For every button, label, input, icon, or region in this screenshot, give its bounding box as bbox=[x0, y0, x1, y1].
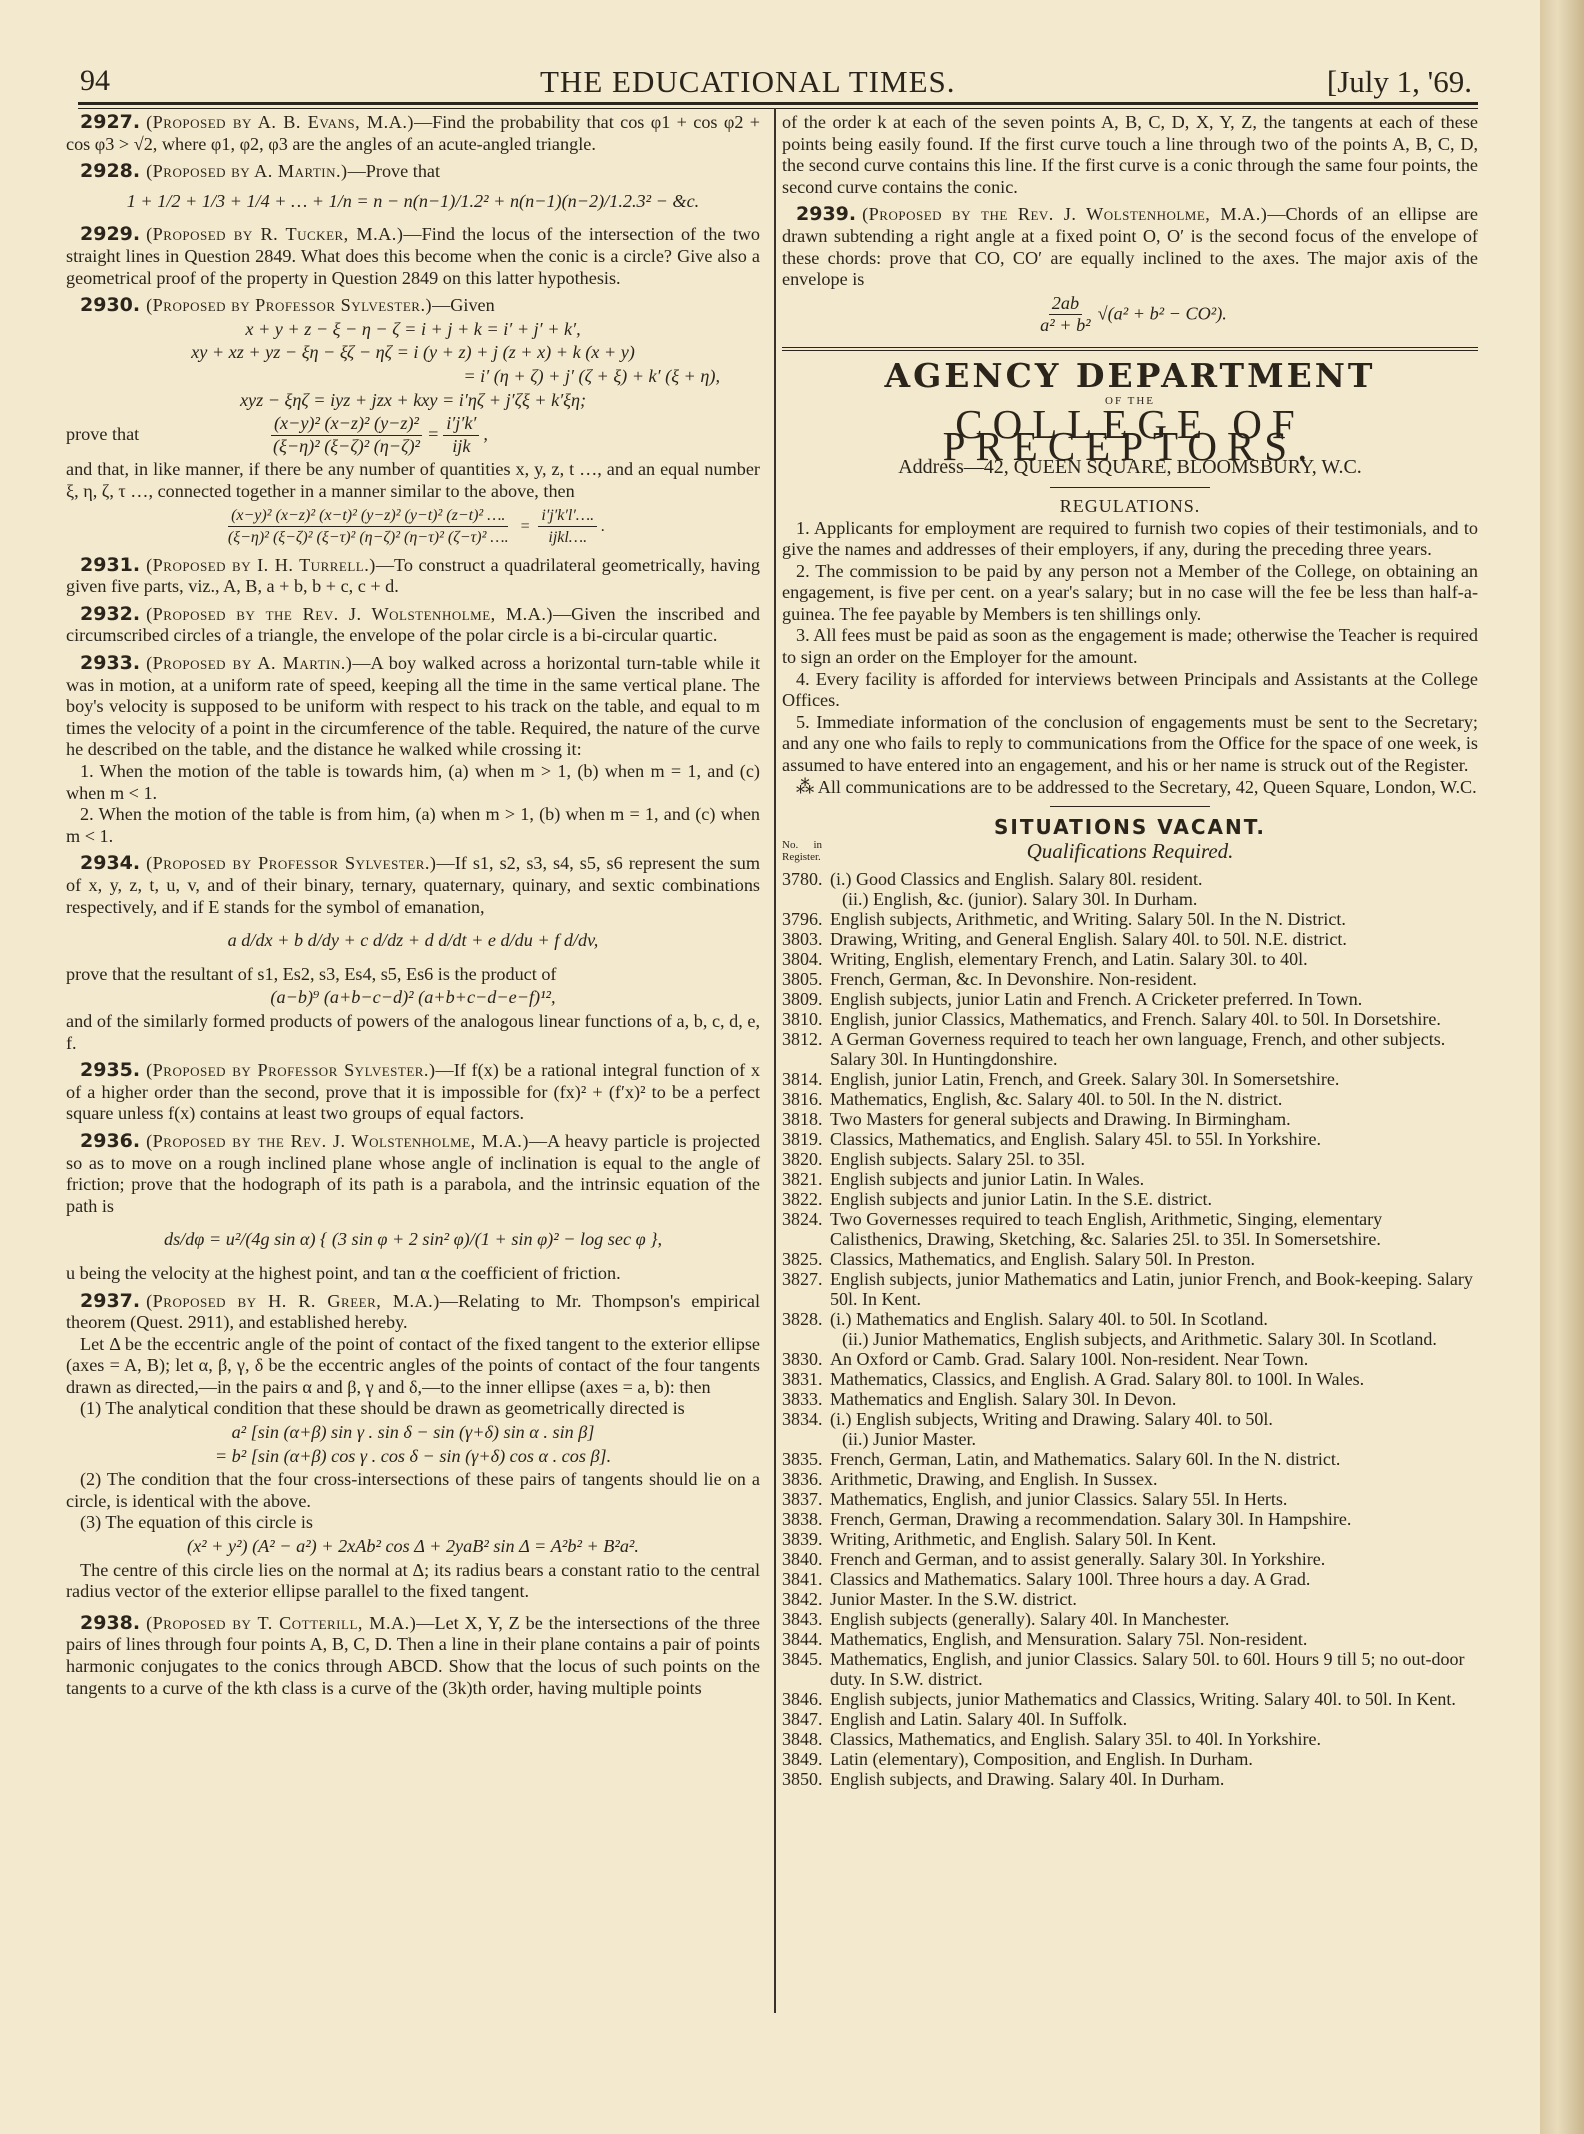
situation-text: Classics, Mathematics, and English. Sala… bbox=[830, 1249, 1478, 1269]
case-item: 2. When the motion of the table is from … bbox=[66, 804, 760, 847]
situation-text: Mathematics, Classics, and English. A Gr… bbox=[830, 1369, 1478, 1389]
situation-listing: 3819.Classics, Mathematics, and English.… bbox=[782, 1129, 1478, 1149]
question-text: and of the similarly formed products of … bbox=[66, 1011, 760, 1054]
situation-text: French and German, and to assist general… bbox=[830, 1549, 1478, 1569]
register-number: 3842. bbox=[782, 1589, 830, 1609]
situation-listing: 3812.A German Governess required to teac… bbox=[782, 1029, 1478, 1069]
register-number: 3831. bbox=[782, 1369, 830, 1389]
situation-text: (i.) English subjects, Writing and Drawi… bbox=[830, 1409, 1478, 1449]
question-2929: 2929.(Proposed by R. Tucker, M.A.)—Find … bbox=[66, 224, 760, 289]
situation-listing: 3825.Classics, Mathematics, and English.… bbox=[782, 1249, 1478, 1269]
question-proposer: (Proposed by R. Tucker, M.A.) bbox=[146, 224, 403, 244]
situation-text: Arithmetic, Drawing, and English. In Sus… bbox=[830, 1469, 1478, 1489]
register-number: 3814. bbox=[782, 1069, 830, 1089]
situation-listing: 3844.Mathematics, English, and Mensurati… bbox=[782, 1629, 1478, 1649]
question-text: and that, in like manner, if there be an… bbox=[66, 459, 760, 502]
situation-text: (i.) Good Classics and English. Salary 8… bbox=[830, 869, 1478, 909]
question-proposer: (Proposed by H. R. Greer, M.A.) bbox=[146, 1291, 440, 1311]
question-number: 2932. bbox=[80, 603, 140, 625]
regulation-item: 1. Applicants for employment are require… bbox=[782, 518, 1478, 561]
regulation-item: 5. Immediate information of the conclusi… bbox=[782, 712, 1478, 777]
register-number: 3816. bbox=[782, 1089, 830, 1109]
equation: xy + xz + yz − ξη − ξζ − ηζ = i (y + z) … bbox=[66, 342, 760, 364]
equation: xyz − ξηζ = iyz + jzx + kxy = i′ηζ + j′ζ… bbox=[66, 390, 760, 412]
register-number: 3809. bbox=[782, 989, 830, 1009]
question-proposer: (Proposed by A. B. Evans, M.A.) bbox=[146, 112, 414, 132]
page-edge bbox=[1540, 0, 1584, 2134]
situation-listing: 3841.Classics and Mathematics. Salary 10… bbox=[782, 1569, 1478, 1589]
equation: a d/dx + b d/dy + c d/dz + d d/dt + e d/… bbox=[66, 920, 760, 962]
situation-listing: 3846.English subjects, junior Mathematic… bbox=[782, 1689, 1478, 1709]
question-number: 2937. bbox=[80, 1290, 140, 1312]
register-number: 3849. bbox=[782, 1749, 830, 1769]
situation-text: Two Masters for general subjects and Dra… bbox=[830, 1109, 1478, 1129]
register-number: 3810. bbox=[782, 1009, 830, 1029]
question-2932: 2932.(Proposed by the Rev. J. Wolstenhol… bbox=[66, 604, 760, 647]
situation-text: French, German, Drawing a recommendation… bbox=[830, 1509, 1478, 1529]
question-proposer: (Proposed by the Rev. J. Wolstenholme, M… bbox=[146, 1131, 529, 1151]
divider bbox=[1050, 806, 1210, 807]
regulations-title: REGULATIONS. bbox=[782, 496, 1478, 518]
question-number: 2928. bbox=[80, 160, 140, 182]
prove-equation: prove that (x−y)² (x−z)² (y−z)²(ξ−η)² (ξ… bbox=[66, 413, 760, 457]
question-number: 2934. bbox=[80, 852, 140, 874]
question-2928: 2928.(Proposed by A. Martin.)—Prove that… bbox=[66, 161, 760, 218]
question-2935: 2935.(Proposed by Professor Sylvester.)—… bbox=[66, 1060, 760, 1125]
equation: = b² [sin (α+β) cos γ . cos δ − sin (γ+δ… bbox=[66, 1446, 760, 1468]
situation-subitem: (ii.) Junior Master. bbox=[830, 1429, 1478, 1449]
question-proposer: (Proposed by A. Martin.) bbox=[146, 653, 352, 673]
fraction: i′j′k′l′….ijkl…. bbox=[538, 505, 597, 549]
situation-text: Classics, Mathematics, and English. Sala… bbox=[830, 1129, 1478, 1149]
register-number: 3821. bbox=[782, 1169, 830, 1189]
situation-listing: 3849.Latin (elementary), Composition, an… bbox=[782, 1749, 1478, 1769]
register-number: 3835. bbox=[782, 1449, 830, 1469]
situation-text: English subjects and junior Latin. In Wa… bbox=[830, 1169, 1478, 1189]
situation-listing: 3814.English, junior Latin, French, and … bbox=[782, 1069, 1478, 1089]
regulation-item: 2. The commission to be paid by any pers… bbox=[782, 561, 1478, 626]
situation-listing: 3809.English subjects, junior Latin and … bbox=[782, 989, 1478, 1009]
question-number: 2930. bbox=[80, 294, 140, 316]
register-number: 3834. bbox=[782, 1409, 830, 1449]
question-number: 2935. bbox=[80, 1059, 140, 1081]
question-proposer: (Proposed by Professor Sylvester.) bbox=[146, 853, 436, 873]
fraction: 2aba² + b² bbox=[1037, 293, 1093, 337]
question-text: prove that the resultant of s1, Es2, s3,… bbox=[66, 964, 760, 986]
situation-listing: 3834.(i.) English subjects, Writing and … bbox=[782, 1409, 1478, 1449]
situation-listing: 3816.Mathematics, English, &c. Salary 40… bbox=[782, 1089, 1478, 1109]
situation-listing: 3840.French and German, and to assist ge… bbox=[782, 1549, 1478, 1569]
question-proposer: (Proposed by Professor Sylvester.) bbox=[146, 295, 432, 315]
register-number: 3805. bbox=[782, 969, 830, 989]
situation-listing: 3845.Mathematics, English, and junior Cl… bbox=[782, 1649, 1478, 1689]
register-number: 3833. bbox=[782, 1389, 830, 1409]
situation-text: English subjects and junior Latin. In th… bbox=[830, 1189, 1478, 1209]
question-number: 2933. bbox=[80, 652, 140, 674]
register-number: 3818. bbox=[782, 1109, 830, 1129]
situation-text: English subjects, junior Mathematics and… bbox=[830, 1269, 1478, 1309]
equation: ds/dφ = u²/(4g sin α) { (3 sin φ + 2 sin… bbox=[66, 1219, 760, 1261]
situation-text: Classics, Mathematics, and English. Sala… bbox=[830, 1729, 1478, 1749]
situation-text: English subjects, and Drawing. Salary 40… bbox=[830, 1769, 1478, 1789]
register-number: 3837. bbox=[782, 1489, 830, 1509]
question-text: —Prove that bbox=[348, 161, 440, 181]
regulation-item: 4. Every facility is afforded for interv… bbox=[782, 669, 1478, 712]
situation-listing: 3843.English subjects (generally). Salar… bbox=[782, 1609, 1478, 1629]
situation-listing: 3831.Mathematics, Classics, and English.… bbox=[782, 1369, 1478, 1389]
situation-listing: 3828.(i.) Mathematics and English. Salar… bbox=[782, 1309, 1478, 1349]
situation-listing: 3827.English subjects, junior Mathematic… bbox=[782, 1269, 1478, 1309]
situation-text: Drawing, Writing, and General English. S… bbox=[830, 929, 1478, 949]
situation-listing: 3780.(i.) Good Classics and English. Sal… bbox=[782, 869, 1478, 909]
question-proposer: (Proposed by Professor Sylvester.) bbox=[146, 1060, 435, 1080]
situation-text: Writing, English, elementary French, and… bbox=[830, 949, 1478, 969]
register-number: 3824. bbox=[782, 1209, 830, 1249]
question-number: 2938. bbox=[80, 1612, 140, 1634]
register-number: 3846. bbox=[782, 1689, 830, 1709]
equation: (a−b)⁹ (a+b−c−d)² (a+b+c−d−e−f)¹², bbox=[66, 987, 760, 1009]
equation: 2aba² + b²√(a² + b² − CO²). bbox=[782, 293, 1478, 337]
situation-listing: 3805.French, German, &c. In Devonshire. … bbox=[782, 969, 1478, 989]
issue-date: [July 1, '69. bbox=[1327, 64, 1472, 100]
college-name: COLLEGE OF PRECEPTORS. bbox=[782, 414, 1478, 457]
situation-text: English, junior Latin, French, and Greek… bbox=[830, 1069, 1478, 1089]
question-paragraph: Let Δ be the eccentric angle of the poin… bbox=[66, 1334, 760, 1399]
situations-vacant-section: SITUATIONS VACANT. No. in Register. Qual… bbox=[782, 817, 1478, 1789]
regulation-item: 3. All fees must be paid as soon as the … bbox=[782, 625, 1478, 668]
college-address: Address—42, QUEEN SQUARE, BLOOMSBURY, W.… bbox=[782, 457, 1478, 479]
case-item: 1. When the motion of the table is towar… bbox=[66, 761, 760, 804]
situation-text: French, German, &c. In Devonshire. Non-r… bbox=[830, 969, 1478, 989]
header-rule bbox=[78, 102, 1478, 109]
situation-text: Mathematics, English, and Mensuration. S… bbox=[830, 1629, 1478, 1649]
register-number: 3825. bbox=[782, 1249, 830, 1269]
situation-listing: 3810.English, junior Classics, Mathemati… bbox=[782, 1009, 1478, 1029]
register-number: 3812. bbox=[782, 1029, 830, 1069]
situation-listing: 3830.An Oxford or Camb. Grad. Salary 100… bbox=[782, 1349, 1478, 1369]
situation-text: A German Governess required to teach her… bbox=[830, 1029, 1478, 1069]
register-number: 3804. bbox=[782, 949, 830, 969]
situation-text: French, German, Latin, and Mathematics. … bbox=[830, 1449, 1478, 1469]
question-number: 2939. bbox=[796, 203, 856, 225]
qualifications-label: Qualifications Required. bbox=[782, 841, 1478, 863]
equation: = i′ (η + ζ) + j′ (ζ + ξ) + k′ (ξ + η), bbox=[66, 366, 760, 388]
situation-text: Mathematics, English, and junior Classic… bbox=[830, 1649, 1478, 1689]
question-2938-continued: of the order k at each of the seven poin… bbox=[782, 112, 1478, 198]
question-2936: 2936.(Proposed by the Rev. J. Wolstenhol… bbox=[66, 1131, 760, 1285]
register-number: 3828. bbox=[782, 1309, 830, 1349]
question-proposer: (Proposed by the Rev. J. Wolstenholme, M… bbox=[146, 604, 553, 624]
question-proposer: (Proposed by the Rev. J. Wolstenholme, M… bbox=[862, 204, 1267, 224]
question-2937: 2937.(Proposed by H. R. Greer, M.A.)—Rel… bbox=[66, 1291, 760, 1603]
section-rule bbox=[782, 347, 1478, 351]
left-column: 2927.(Proposed by A. B. Evans, M.A.)—Fin… bbox=[66, 112, 760, 1705]
question-paragraph: The centre of this circle lies on the no… bbox=[66, 1560, 760, 1603]
situation-listing: 3803.Drawing, Writing, and General Engli… bbox=[782, 929, 1478, 949]
page-header: 94 THE EDUCATIONAL TIMES. [July 1, '69. bbox=[62, 62, 1472, 102]
situation-text: Latin (elementary), Composition, and Eng… bbox=[830, 1749, 1478, 1769]
question-2938: 2938.(Proposed by T. Cotterill, M.A.)—Le… bbox=[66, 1613, 760, 1699]
register-number: 3836. bbox=[782, 1469, 830, 1489]
register-number: 3839. bbox=[782, 1529, 830, 1549]
question-2930: 2930.(Proposed by Professor Sylvester.)—… bbox=[66, 295, 760, 549]
register-number: 3830. bbox=[782, 1349, 830, 1369]
situation-listing: 3835.French, German, Latin, and Mathemat… bbox=[782, 1449, 1478, 1469]
register-number: 3841. bbox=[782, 1569, 830, 1589]
question-proposer: (Proposed by T. Cotterill, M.A.) bbox=[146, 1613, 416, 1633]
agency-title: AGENCY DEPARTMENT bbox=[782, 365, 1478, 387]
situation-text: Mathematics, English, and junior Classic… bbox=[830, 1489, 1478, 1509]
question-2927: 2927.(Proposed by A. B. Evans, M.A.)—Fin… bbox=[66, 112, 760, 155]
situation-text: Junior Master. In the S.W. district. bbox=[830, 1589, 1478, 1609]
register-number: 3822. bbox=[782, 1189, 830, 1209]
general-equation: (x−y)² (x−z)² (x−t)² (y−z)² (y−t)² (z−t)… bbox=[66, 505, 760, 549]
equation: x + y + z − ξ − η − ζ = i + j + k = i′ +… bbox=[66, 319, 760, 341]
situation-listing: 3850.English subjects, and Drawing. Sala… bbox=[782, 1769, 1478, 1789]
situations-header: No. in Register. Qualifications Required… bbox=[782, 839, 1478, 869]
question-text: —Given bbox=[432, 295, 495, 315]
situation-listing: 3833.Mathematics and English. Salary 30l… bbox=[782, 1389, 1478, 1409]
situation-listing: 3837.Mathematics, English, and junior Cl… bbox=[782, 1489, 1478, 1509]
situation-text: English subjects (generally). Salary 40l… bbox=[830, 1609, 1478, 1629]
situation-text: English subjects. Salary 25l. to 35l. bbox=[830, 1149, 1478, 1169]
divider bbox=[1050, 487, 1210, 488]
situation-listing: 3836.Arithmetic, Drawing, and English. I… bbox=[782, 1469, 1478, 1489]
register-number: 3820. bbox=[782, 1149, 830, 1169]
situation-text: English subjects, junior Mathematics and… bbox=[830, 1689, 1478, 1709]
question-2939: 2939.(Proposed by the Rev. J. Wolstenhol… bbox=[782, 204, 1478, 337]
register-number: 3796. bbox=[782, 909, 830, 929]
prove-label: prove that bbox=[66, 424, 266, 446]
situation-subitem: (ii.) English, &c. (junior). Salary 30l.… bbox=[830, 889, 1478, 909]
register-number: 3843. bbox=[782, 1609, 830, 1629]
question-paragraph: (1) The analytical condition that these … bbox=[66, 1398, 760, 1420]
equation: (x² + y²) (A² − a²) + 2xAb² cos Δ + 2yaB… bbox=[66, 1536, 760, 1558]
situation-text: Mathematics, English, &c. Salary 40l. to… bbox=[830, 1089, 1478, 1109]
fraction: (x−y)² (x−z)² (x−t)² (y−z)² (y−t)² (z−t)… bbox=[225, 505, 512, 549]
column-divider bbox=[774, 108, 776, 2013]
register-number: 3844. bbox=[782, 1629, 830, 1649]
situation-subitem: (ii.) Junior Mathematics, English subjec… bbox=[830, 1329, 1478, 1349]
situation-text: English and Latin. Salary 40l. In Suffol… bbox=[830, 1709, 1478, 1729]
register-number: 3819. bbox=[782, 1129, 830, 1149]
situations-list: 3780.(i.) Good Classics and English. Sal… bbox=[782, 869, 1478, 1789]
equation: a² [sin (α+β) sin γ . sin δ − sin (γ+δ) … bbox=[66, 1422, 760, 1444]
register-number: 3847. bbox=[782, 1709, 830, 1729]
register-number: 3827. bbox=[782, 1269, 830, 1309]
right-column: of the order k at each of the seven poin… bbox=[782, 112, 1478, 1789]
agency-section: AGENCY DEPARTMENT OF THE COLLEGE OF PREC… bbox=[782, 365, 1478, 807]
register-number: 3840. bbox=[782, 1549, 830, 1569]
situation-text: An Oxford or Camb. Grad. Salary 100l. No… bbox=[830, 1349, 1478, 1369]
fraction: i′j′k′ijk bbox=[443, 413, 479, 457]
question-proposer: (Proposed by I. H. Turrell.) bbox=[146, 555, 376, 575]
question-proposer: (Proposed by A. Martin.) bbox=[146, 161, 348, 181]
situation-listing: 3824.Two Governesses required to teach E… bbox=[782, 1209, 1478, 1249]
situation-listing: 3839.Writing, Arithmetic, and English. S… bbox=[782, 1529, 1478, 1549]
situation-listing: 3848.Classics, Mathematics, and English.… bbox=[782, 1729, 1478, 1749]
question-paragraph: (2) The condition that the four cross-in… bbox=[66, 1469, 760, 1512]
situation-listing: 3818.Two Masters for general subjects an… bbox=[782, 1109, 1478, 1129]
question-paragraph: (3) The equation of this circle is bbox=[66, 1512, 760, 1534]
communications-note: ⁂ All communications are to be addressed… bbox=[782, 777, 1478, 799]
question-number: 2929. bbox=[80, 223, 140, 245]
question-number: 2927. bbox=[80, 111, 140, 133]
situation-text: English subjects, junior Latin and Frenc… bbox=[830, 989, 1478, 1009]
situation-text: Writing, Arithmetic, and English. Salary… bbox=[830, 1529, 1478, 1549]
question-number: 2936. bbox=[80, 1130, 140, 1152]
situation-listing: 3804.Writing, English, elementary French… bbox=[782, 949, 1478, 969]
question-2934: 2934.(Proposed by Professor Sylvester.)—… bbox=[66, 853, 760, 1054]
situation-listing: 3838.French, German, Drawing a recommend… bbox=[782, 1509, 1478, 1529]
page-number: 94 bbox=[80, 64, 110, 98]
register-number: 3803. bbox=[782, 929, 830, 949]
journal-title: THE EDUCATIONAL TIMES. bbox=[540, 64, 956, 100]
register-number: 3848. bbox=[782, 1729, 830, 1749]
fraction: (x−y)² (x−z)² (y−z)²(ξ−η)² (ξ−ζ)² (η−ζ)² bbox=[270, 413, 423, 457]
equation: 1 + 1/2 + 1/3 + 1/4 + … + 1/n = n − n(n−… bbox=[66, 185, 760, 219]
situation-listing: 3821.English subjects and junior Latin. … bbox=[782, 1169, 1478, 1189]
question-2933: 2933.(Proposed by A. Martin.)—A boy walk… bbox=[66, 653, 760, 847]
situation-listing: 3847.English and Latin. Salary 40l. In S… bbox=[782, 1709, 1478, 1729]
situation-text: English subjects, Arithmetic, and Writin… bbox=[830, 909, 1478, 929]
register-number: 3780. bbox=[782, 869, 830, 909]
register-number: 3845. bbox=[782, 1649, 830, 1689]
situation-text: English, junior Classics, Mathematics, a… bbox=[830, 1009, 1478, 1029]
situation-listing: 3820.English subjects. Salary 25l. to 35… bbox=[782, 1149, 1478, 1169]
situation-text: Classics and Mathematics. Salary 100l. T… bbox=[830, 1569, 1478, 1589]
register-number: 3838. bbox=[782, 1509, 830, 1529]
situations-title: SITUATIONS VACANT. bbox=[782, 817, 1478, 839]
question-text: u being the velocity at the highest poin… bbox=[66, 1263, 760, 1285]
situation-text: Mathematics and English. Salary 30l. In … bbox=[830, 1389, 1478, 1409]
situation-listing: 3796.English subjects, Arithmetic, and W… bbox=[782, 909, 1478, 929]
situation-listing: 3822.English subjects and junior Latin. … bbox=[782, 1189, 1478, 1209]
register-number: 3850. bbox=[782, 1769, 830, 1789]
situation-text: (i.) Mathematics and English. Salary 40l… bbox=[830, 1309, 1478, 1349]
situation-text: Two Governesses required to teach Englis… bbox=[830, 1209, 1478, 1249]
question-number: 2931. bbox=[80, 554, 140, 576]
situation-listing: 3842.Junior Master. In the S.W. district… bbox=[782, 1589, 1478, 1609]
question-2931: 2931.(Proposed by I. H. Turrell.)—To con… bbox=[66, 555, 760, 598]
